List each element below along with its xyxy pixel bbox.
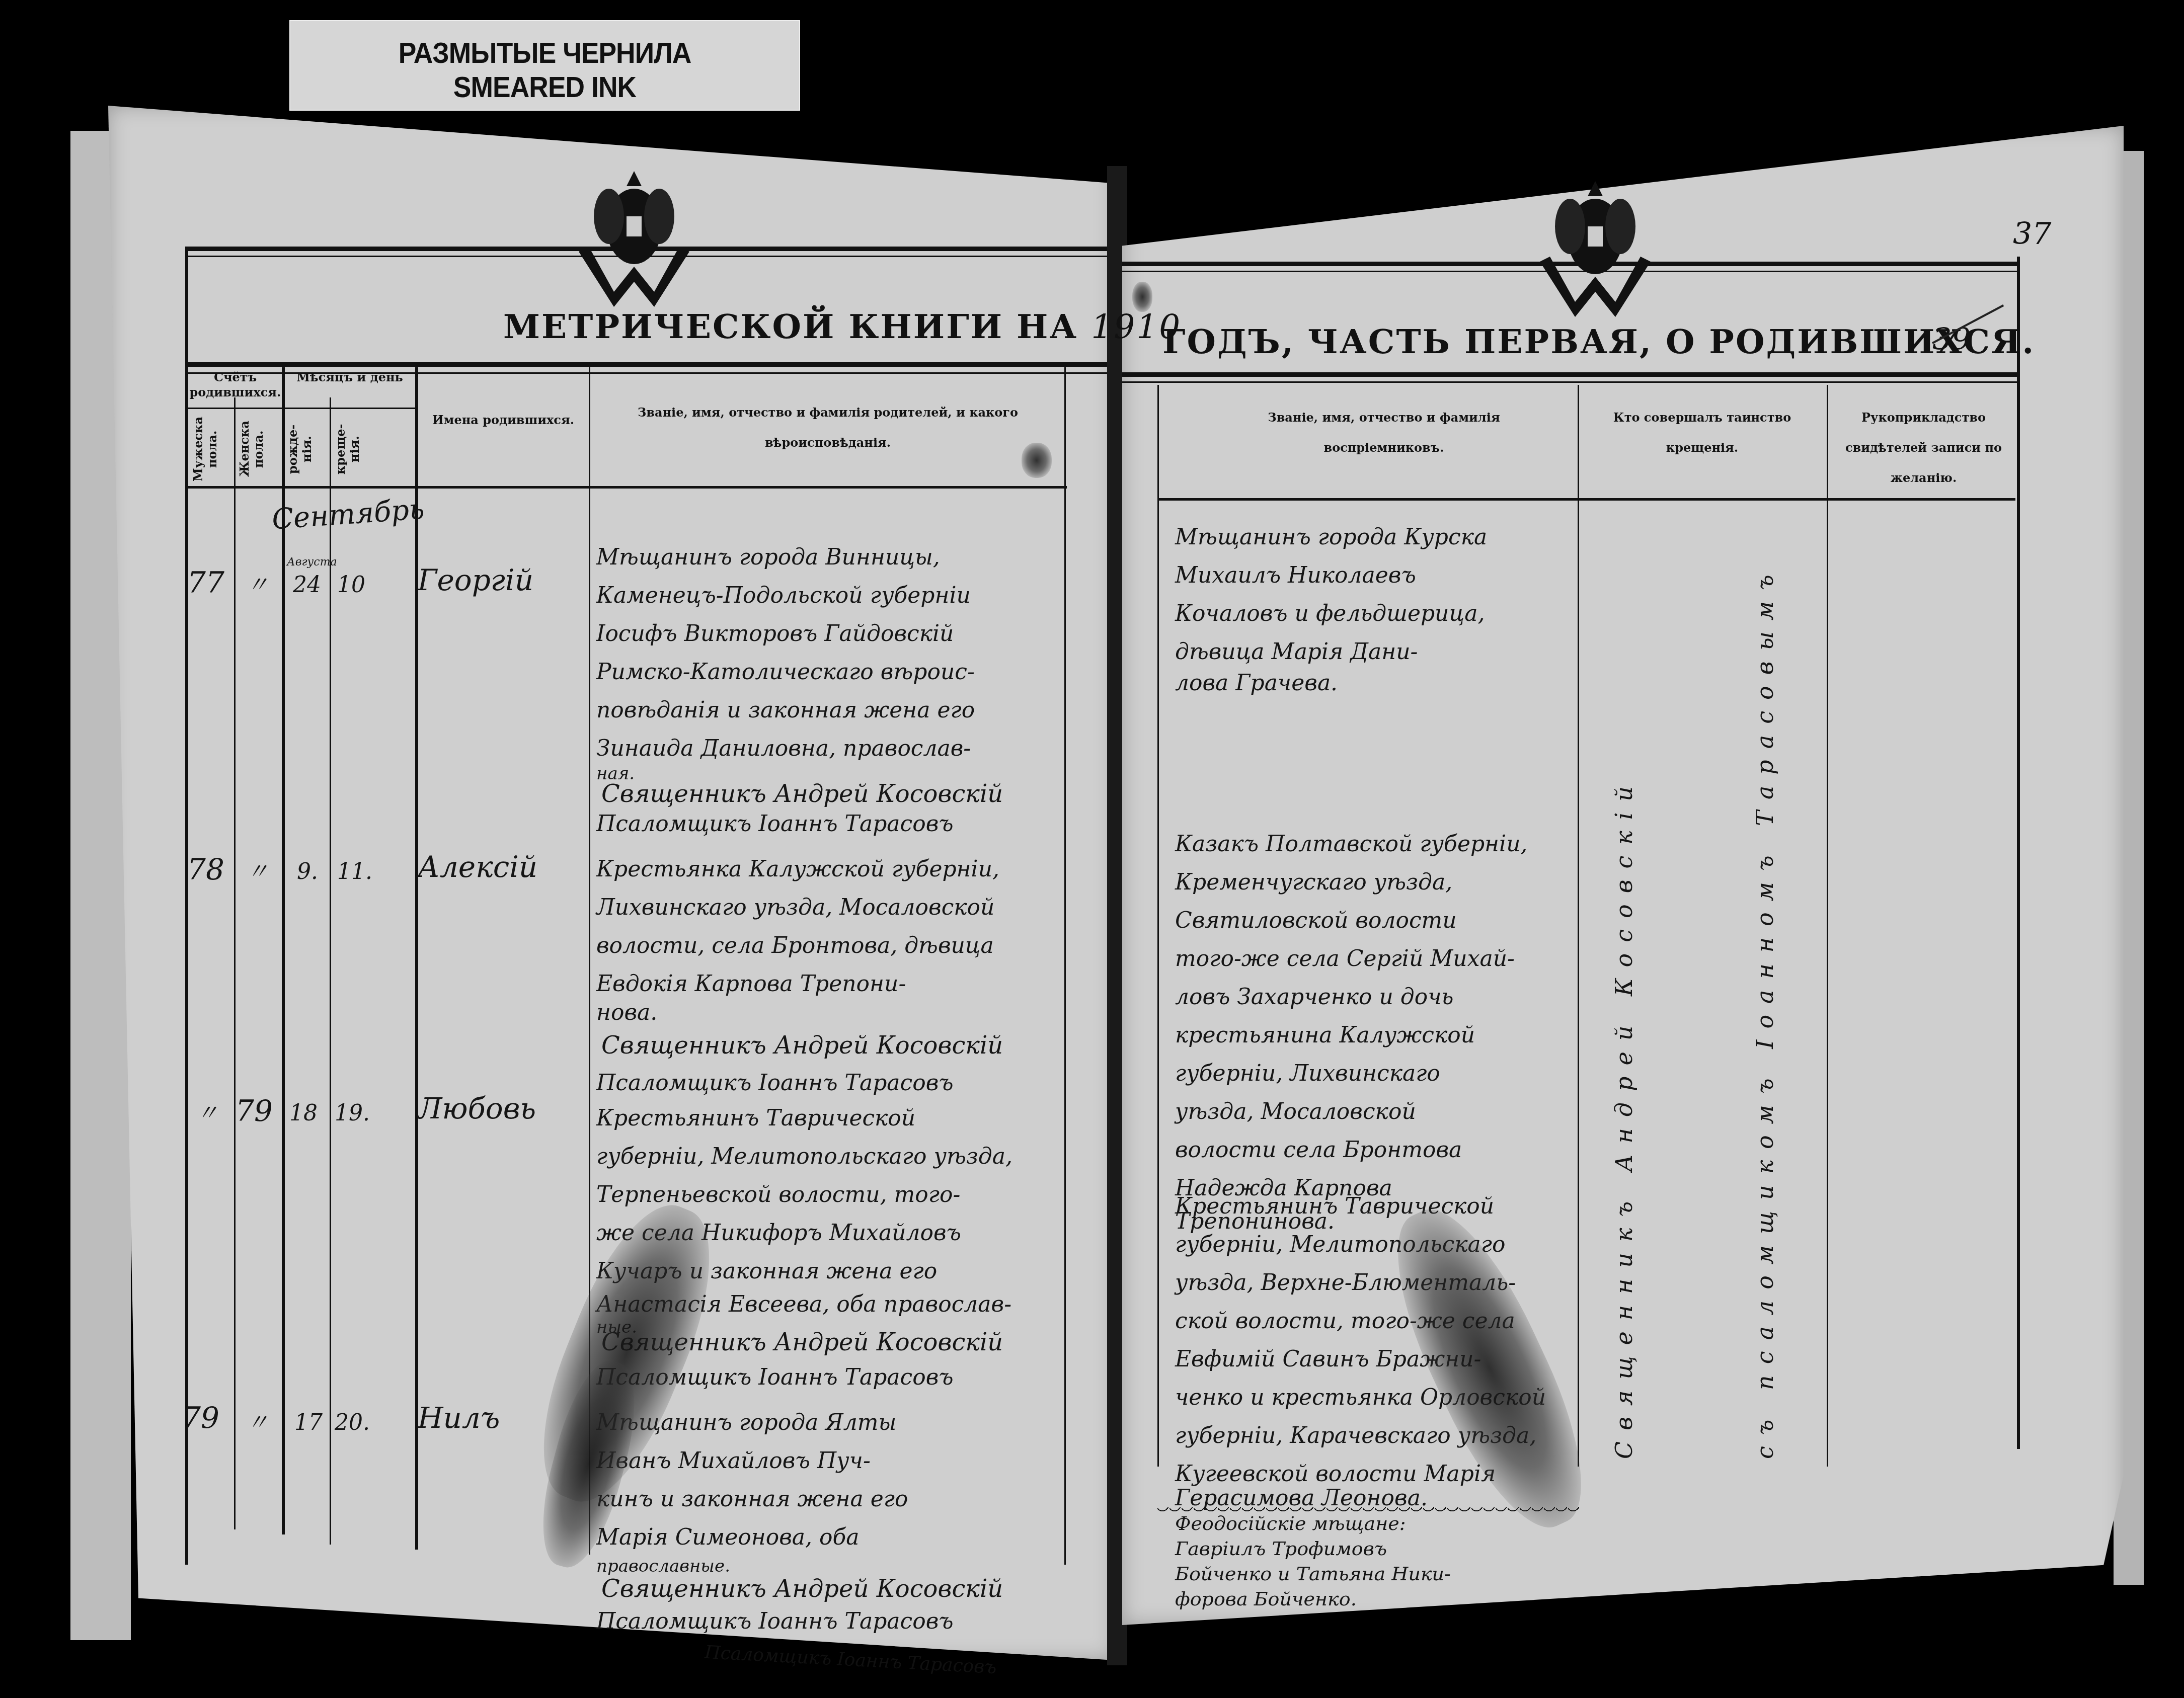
parents-line: Зинаида Даниловна, православ- <box>596 730 971 768</box>
psalmist-signature: Псаломщикъ Іоаннъ Тарасовъ <box>596 1602 954 1641</box>
priest-signature: Священникъ Андрей Косовскій <box>601 1026 1003 1065</box>
label-line-english: SMEARED INK <box>310 70 778 105</box>
birth-day: 18 <box>289 1094 318 1133</box>
double-headed-eagle-crest-icon <box>559 166 710 317</box>
header-godparents: Званіе, имя, отчество и фамилія воспріем… <box>1228 402 1540 463</box>
birth-day: 9. <box>297 853 318 891</box>
female-number: 〃 <box>247 1404 269 1442</box>
godparents-line: форова Бойченко. <box>1175 1580 1357 1618</box>
right-frame-line <box>2017 257 2020 1449</box>
header-priest: Кто совершалъ таинство крещенія. <box>1583 402 1822 463</box>
double-headed-eagle-crest-icon <box>1520 176 1671 327</box>
female-number: 〃 <box>247 566 269 604</box>
left-subheader-rule <box>187 408 416 409</box>
parents-line: Крестьянка Калужской губерніи, <box>596 850 999 888</box>
godparents-line: ловъ Захарченко и дочь <box>1175 978 1453 1016</box>
godparents-line: Казакъ Полтавской губерніи, <box>1175 825 1527 863</box>
female-number: 79 <box>236 1092 273 1130</box>
godparents-line: Михаилъ Николаевъ <box>1175 556 1416 595</box>
label-line-russian: РАЗМЫТЫЕ ЧЕРНИЛА <box>310 36 778 70</box>
female-number: 〃 <box>247 853 269 891</box>
col-divider <box>282 367 285 1534</box>
left-page-title: МЕТРИЧЕСКОЙ КНИГИ НА 1910 <box>503 307 1182 346</box>
parents-line: губерніи, Мелитопольскаго уѣзда, <box>596 1138 1012 1176</box>
parents-line: Мѣщанинъ города Винницы, <box>596 538 940 577</box>
parents-line: Терпеньевской волости, того- <box>596 1176 960 1214</box>
male-number: 77 <box>187 563 224 602</box>
godparents-line: уѣзда, Мосаловской <box>1175 1093 1416 1131</box>
male-number: 79 <box>182 1399 219 1437</box>
godparents-line: Кочаловъ и фельдшерица, <box>1175 595 1485 633</box>
right-column-header-bottom <box>1157 498 2015 501</box>
psalmist-vertical-entry: съ псаломщикомъ Іоанномъ Тарасовымъ <box>1751 503 1778 1459</box>
parents-line: Іосифъ Викторовъ Гайдовскій <box>596 615 954 653</box>
godparents-line: того-же села Сергій Михай- <box>1175 940 1515 978</box>
parents-line: Римско-Католическаго вѣроис- <box>596 653 975 691</box>
psalmist-signature: Псаломщикъ Іоаннъ Тарасовъ <box>596 805 954 843</box>
godparents-line: губерніи, Лихвинскаго <box>1175 1055 1440 1093</box>
left-header-rule <box>186 362 1107 367</box>
header-month-day: Мѣсяцъ и день <box>284 370 415 385</box>
right-top-rule <box>1122 262 2018 266</box>
left-frame-line <box>185 247 188 1565</box>
right-header-rule <box>1122 372 2018 377</box>
child-name: Любовь <box>418 1089 536 1127</box>
right-page-title: ГОДЪ, ЧАСТЬ ПЕРВАЯ, О РОДИВШИХСЯ. <box>1162 322 2035 361</box>
psalmist-signature: Псаломщикъ Іоаннъ Тарасовъ <box>596 1064 954 1102</box>
left-column-header-bottom <box>186 486 1067 489</box>
left-top-rule-thin <box>186 256 1107 257</box>
ink-blot <box>1132 282 1152 312</box>
col-divider <box>1157 385 1159 1467</box>
godparents-line: Мѣщанинъ города Курска <box>1175 518 1487 556</box>
left-top-rule <box>186 247 1107 251</box>
col-divider <box>1064 367 1066 1565</box>
col-divider <box>234 397 236 1529</box>
godparents-line: крестьянина Калужской <box>1175 1016 1475 1055</box>
header-birth: рожде-нія. <box>286 415 326 483</box>
handwritten-folio-number: 37 <box>2013 216 2051 252</box>
header-witnesses: Рукоприкладство свидѣтелей записи по жел… <box>1832 402 2015 493</box>
header-count-born: Счётъ родившихся. <box>189 370 282 400</box>
parents-line: Крестьянинъ Таврической <box>596 1099 915 1138</box>
birth-day: 17 <box>294 1404 323 1442</box>
godparents-line: Святиловской волости <box>1175 902 1457 940</box>
child-name: Нилъ <box>418 1399 500 1437</box>
baptism-day: 10 <box>337 566 365 604</box>
header-names: Имена родившихся. <box>418 413 589 428</box>
baptism-day: 19. <box>335 1094 370 1133</box>
ink-blot <box>1022 443 1052 478</box>
col-divider <box>415 367 418 1550</box>
birth-day: 24 <box>293 566 321 604</box>
godparents-line: Кременчугскаго уѣзда, <box>1175 863 1452 902</box>
child-name: Георгій <box>418 561 533 599</box>
smeared-ink-label: РАЗМЫТЫЕ ЧЕРНИЛА SMEARED INK <box>289 20 800 111</box>
header-male: Мужеска пола. <box>191 415 231 483</box>
child-name: Алексій <box>418 848 537 886</box>
godparents-line: волости села Бронтова <box>1175 1131 1462 1169</box>
header-parents: Званіе, имя, отчество и фамилія родителе… <box>594 397 1062 458</box>
parents-line: кинъ и законная жена его <box>596 1480 908 1518</box>
right-top-rule-thin <box>1122 271 2018 272</box>
parents-line: Лихвинскаго уѣзда, Мосаловской <box>596 888 994 927</box>
priest-vertical-entry: Священникъ Андрей Косовскій <box>1610 503 1637 1459</box>
col-divider <box>1827 385 1828 1467</box>
godparents-line: лова Грачева. <box>1175 664 1338 702</box>
header-female: Женска пола. <box>238 415 278 483</box>
male-number: 〃 <box>196 1094 218 1133</box>
col-divider <box>1578 385 1579 1467</box>
parents-line: волости, села Бронтова, дѣвица <box>596 927 994 965</box>
baptism-day: 11. <box>337 853 372 891</box>
right-header-rule-thin <box>1122 381 2018 383</box>
parents-line: повѣданія и законная жена его <box>596 691 975 730</box>
parents-line: Каменецъ-Подольской губерніи <box>596 577 971 615</box>
male-number: 78 <box>187 850 224 888</box>
header-baptism: креще-нія. <box>334 415 374 483</box>
baptism-day: 20. <box>335 1404 370 1442</box>
